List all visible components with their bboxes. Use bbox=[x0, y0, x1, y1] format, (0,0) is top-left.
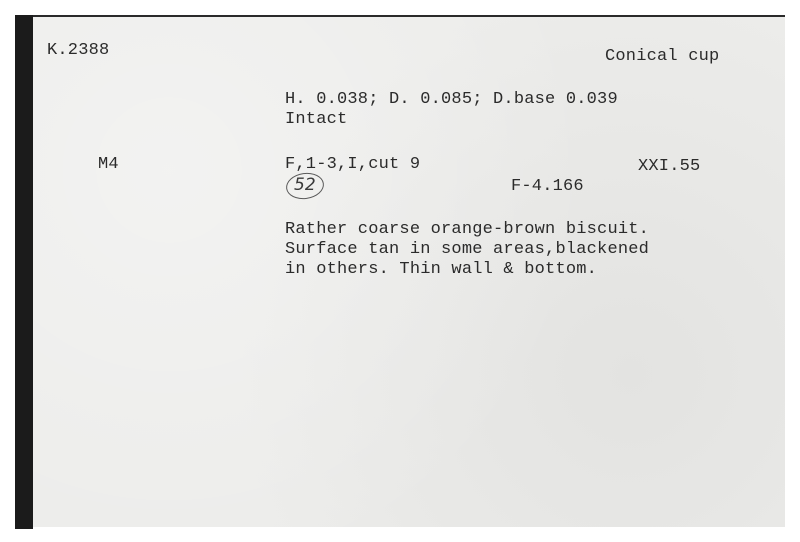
object-type: Conical cup bbox=[605, 47, 719, 67]
description-line: Surface tan in some areas,blackened bbox=[285, 240, 649, 260]
card-edge-shadow bbox=[15, 15, 33, 529]
description-line: in others. Thin wall & bottom. bbox=[285, 260, 597, 280]
dimensions: H. 0.038; D. 0.085; D.base 0.039 bbox=[285, 90, 618, 110]
catalog-card: K.2388 Conical cup H. 0.038; D. 0.085; D… bbox=[15, 15, 785, 527]
photo-reference: F-4.166 bbox=[511, 177, 584, 197]
catalog-number: K.2388 bbox=[47, 41, 109, 61]
condition: Intact bbox=[285, 110, 347, 130]
description-line: Rather coarse orange-brown biscuit. bbox=[285, 220, 649, 240]
location-code: M4 bbox=[98, 155, 119, 175]
handwritten-note: 52 bbox=[294, 175, 316, 195]
date: XXI.55 bbox=[638, 157, 700, 177]
